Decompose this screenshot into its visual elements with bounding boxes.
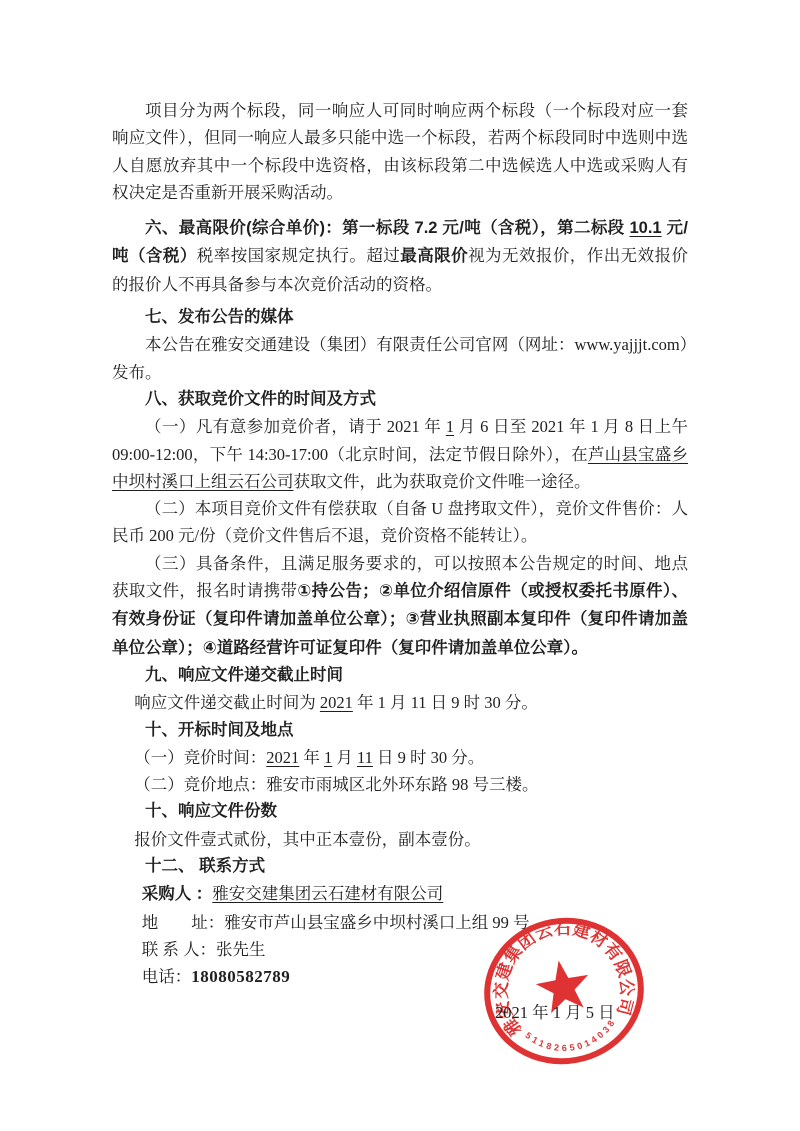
- opening-time-sep2: 月: [332, 748, 357, 767]
- deadline-text2: 年 1 月 11 日 9 时 30 分。: [353, 693, 538, 712]
- media-heading: 七、发布公告的媒体: [112, 304, 688, 331]
- opening-time-sep1: 年: [299, 748, 324, 767]
- max-price-normal-text: 税率按国家规定执行。超过: [197, 246, 400, 265]
- phone-label: 电话：: [142, 967, 192, 986]
- purchaser-label: 采购人 ：: [142, 885, 213, 903]
- max-price-underlined-value: 10.1: [629, 219, 661, 237]
- deadline-paragraph: 响应文件递交截止时间为 2021 年 1 月 11 日 9 时 30 分。: [112, 689, 688, 716]
- deadline-underline-year: 2021: [320, 693, 353, 712]
- obtain-item-1: （一）凡有意参加竞价者，请于 2021 年 1 月 6 日至 2021 年 1 …: [112, 413, 688, 495]
- opening-time-label: （一）竞价时间：: [134, 748, 266, 767]
- announcement-document: 项目分为两个标段，同一响应人可同时响应两个标段（一个标段对应一套响应文件），但同…: [0, 0, 800, 1131]
- opening-time-line: （一）竞价时间：2021 年 1 月 11 日 9 时 30 分。: [112, 744, 688, 771]
- intro-paragraph: 项目分为两个标段，同一响应人可同时响应两个标段（一个标段对应一套响应文件），但同…: [112, 97, 688, 206]
- opening-time-tail: 日 9 时 30 分。: [373, 748, 484, 767]
- obtain-item-3: （三）具备条件，且满足服务要求的，可以按照本公告规定的时间、地点获取文件，报名时…: [112, 550, 688, 662]
- address-line: 地 址：雅安市芦山县宝盛乡中坝村溪口上组 99 号: [112, 909, 688, 936]
- copies-heading: 十、响应文件份数: [112, 798, 688, 825]
- obtain-item1-underline-month: 1: [446, 417, 454, 436]
- contact-person-line: 联 系 人：张先生: [112, 936, 688, 963]
- opening-underline-day: 11: [357, 748, 373, 767]
- opening-heading: 十、开标时间及地点: [112, 717, 688, 744]
- opening-underline-year: 2021: [266, 748, 299, 767]
- deadline-text: 响应文件递交截止时间为: [134, 693, 320, 712]
- obtain-item1-text: （一）凡有意参加竞价者，请于 2021 年: [145, 417, 446, 436]
- obtain-item1-text3: 获取文件，此为获取竞价文件唯一途径。: [294, 472, 591, 491]
- purchaser-name: 雅安交建集团云石建材有限公司: [212, 884, 443, 903]
- obtain-heading: 八、获取竞价文件的时间及方式: [112, 386, 688, 413]
- phone-line: 电话：18080582789: [112, 963, 688, 990]
- obtain-item-2: （二）本项目竞价文件有偿获取（自备 U 盘拷取文件），竞价文件售价：人民币 20…: [112, 495, 688, 550]
- phone-number: 18080582789: [191, 967, 290, 986]
- purchaser-line: 采购人 ：雅安交建集团云石建材有限公司: [112, 880, 688, 908]
- max-price-bold-term: 最高限价: [400, 247, 468, 265]
- stamp-date: 2021 年 1 月 5 日: [495, 999, 615, 1026]
- opening-place-line: （二）竞价地点：雅安市雨城区北外环东路 98 号三楼。: [112, 771, 688, 798]
- max-price-paragraph: 六、最高限价(综合单价)：第一标段 7.2 元/吨（含税），第二标段 10.1 …: [112, 214, 688, 298]
- copies-paragraph: 报价文件壹式贰份，其中正本壹份，副本壹份。: [112, 826, 688, 853]
- deadline-heading: 九、响应文件递交截止时间: [112, 662, 688, 689]
- media-paragraph: 本公告在雅安交通建设（集团）有限责任公司官网（网址：www.yajjjt.com…: [112, 331, 688, 386]
- contact-heading: 十二、 联系方式: [112, 853, 688, 880]
- max-price-bold-lead: 六、最高限价(综合单价)：第一标段 7.2 元/吨（含税），第二标段: [145, 219, 629, 237]
